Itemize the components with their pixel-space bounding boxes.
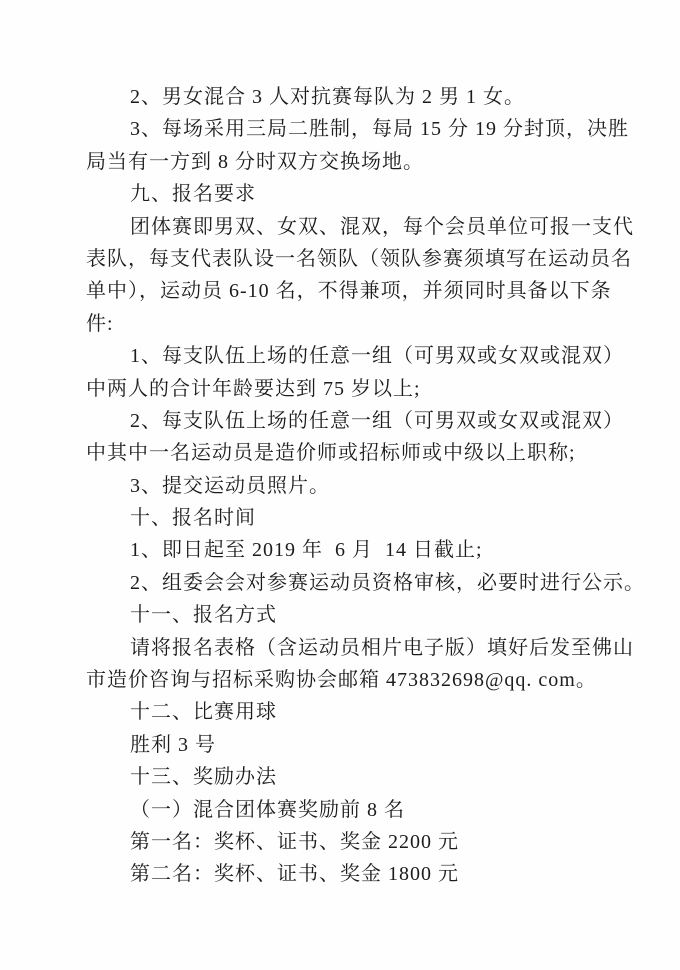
document-line: 单中），运动员 6-10 名，不得兼项，并须同时具备以下条 [86,275,601,307]
document-line: 胜利 3 号 [86,729,601,761]
document-line: 3、每场采用三局二胜制，每局 15 分 19 分封顶，决胜 [86,113,601,145]
document-line: 请将报名表格（含运动员相片电子版）填好后发至佛山 [86,632,601,664]
document-line: 2、男女混合 3 人对抗赛每队为 2 男 1 女。 [86,81,601,113]
document-line: 表队，每支代表队设一名领队（领队参赛须填写在运动员名 [86,243,601,275]
document-line: 3、提交运动员照片。 [86,470,601,502]
document-line: 1、每支队伍上场的任意一组（可男双或女双或混双） [86,340,601,372]
document-line: 第一名：奖杯、证书、奖金 2200 元 [86,826,601,858]
document-line: 局当有一方到 8 分时双方交换场地。 [86,146,601,178]
document-line: 第二名：奖杯、证书、奖金 1800 元 [86,858,601,890]
document-section-heading: 十一、报名方式 [86,599,601,631]
document-text-block: 2、男女混合 3 人对抗赛每队为 2 男 1 女。 3、每场采用三局二胜制，每局… [86,81,601,891]
document-section-heading: 九、报名要求 [86,178,601,210]
document-line: （一）混合团体赛奖励前 8 名 [86,794,601,826]
document-line: 1、即日起至 2019 年 6 月 14 日截止; [86,534,601,566]
document-line: 中两人的合计年龄要达到 75 岁以上; [86,373,601,405]
document-section-heading: 十三、奖励办法 [86,761,601,793]
document-line: 2、每支队伍上场的任意一组（可男双或女双或混双） [86,405,601,437]
document-section-heading: 十二、比赛用球 [86,696,601,728]
document-line: 2、组委会会对参赛运动员资格审核，必要时进行公示。 [86,567,601,599]
document-line: 团体赛即男双、女双、混双，每个会员单位可报一支代 [86,211,601,243]
document-line-email: 市造价咨询与招标采购协会邮箱 473832698@qq. com。 [86,664,601,696]
document-section-heading: 十、报名时间 [86,502,601,534]
document-line: 件: [86,308,601,340]
document-line: 中其中一名运动员是造价师或招标师或中级以上职称; [86,437,601,469]
document-page: 2、男女混合 3 人对抗赛每队为 2 男 1 女。 3、每场采用三局二胜制，每局… [0,0,680,970]
